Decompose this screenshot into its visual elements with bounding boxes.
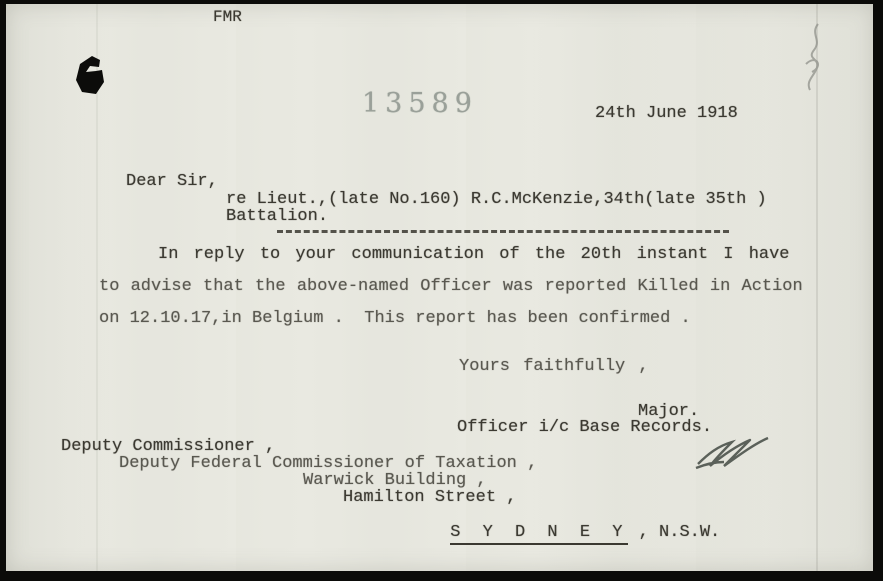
- salutation: Dear Sir,: [126, 173, 218, 191]
- pencil-initials-icon: [796, 20, 836, 100]
- registry-number-stamp: 13589: [362, 88, 478, 119]
- letter-paper: FMR 13589 24th June 1918 Dear Sir, re Li…: [6, 4, 873, 571]
- recipient-city: S Y D N E Y: [450, 523, 628, 545]
- recipient-city-line: S Y D N E Y , N.S.W.: [389, 506, 720, 560]
- scanned-letter: FMR 13589 24th June 1918 Dear Sir, re Li…: [0, 0, 883, 581]
- recipient-line-4: Hamilton Street ,: [343, 489, 516, 507]
- body-line-1: In reply to your communication of the 20…: [158, 246, 790, 264]
- signature-scribble-icon: [694, 428, 784, 478]
- typist-initials: FMR: [213, 8, 242, 26]
- subject-underline: [277, 230, 729, 233]
- letter-date: 24th June 1918: [595, 105, 738, 123]
- body-line-2: to advise that the above-named Officer w…: [99, 278, 803, 296]
- body-line-3: on 12.10.17,in Belgium . This report has…: [99, 310, 691, 328]
- subject-line-2: Battalion.: [226, 208, 328, 226]
- closing: Yours faithfully ,: [459, 358, 649, 376]
- recipient-region: , N.S.W.: [628, 523, 720, 542]
- signature-title: Officer i/c Base Records.: [457, 419, 712, 437]
- punch-hole-icon: [66, 50, 116, 110]
